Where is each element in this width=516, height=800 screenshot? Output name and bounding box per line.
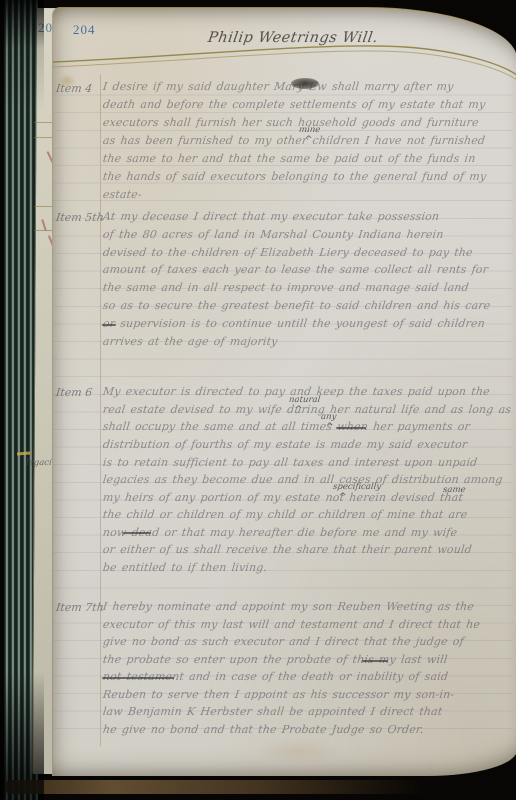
handwritten-line: of the 80 acres of land in Marshal Count… <box>102 228 444 242</box>
handwritten-line: the same and in all respect to improve a… <box>102 281 470 295</box>
strikethrough-mark <box>336 427 366 429</box>
handwritten-line: I desire if my said daughter Mary Ew sha… <box>102 80 454 94</box>
caret-mark: ^ <box>295 405 303 415</box>
handwritten-line: devised to the children of Elizabeth Lie… <box>102 246 474 260</box>
handwritten-line: law Benjamin K Herbster shall be appoint… <box>102 705 443 719</box>
inserted-word: mine <box>298 125 320 135</box>
ink-blot <box>291 78 319 89</box>
handwritten-line: the probate so enter upon the probate of… <box>102 653 448 667</box>
item-label: Item 5th <box>55 211 104 224</box>
inserted-word: natural <box>288 395 320 405</box>
handwritten-line: be entitled to if then living. <box>102 561 268 575</box>
item-label: Item 4 <box>55 82 93 95</box>
handwritten-line: I hereby nominate and appoint my son Reu… <box>102 600 475 614</box>
handwritten-line: the child or children of my child or chi… <box>102 508 468 522</box>
handwritten-line: as has been furnished to my other childr… <box>102 134 486 148</box>
handwritten-line: executors shall furnish her such househo… <box>102 116 479 130</box>
inserted-word: same <box>442 485 466 495</box>
handwritten-line: At my decease I direct that my executor … <box>102 210 440 224</box>
strikethrough-mark <box>123 532 151 534</box>
handwritten-line: real estate devised to my wife during he… <box>102 403 516 417</box>
page-number: 204 <box>73 22 96 38</box>
caret-mark: ^ <box>339 492 347 502</box>
margin-line <box>100 74 101 746</box>
caret-mark: ^ <box>305 135 313 145</box>
handwritten-line: the hands of said executors belonging to… <box>102 170 487 184</box>
strikethrough-mark <box>102 677 174 679</box>
handwritten-line: distribution of fourths of my estate is … <box>102 438 468 452</box>
inserted-word: specifically <box>332 482 381 492</box>
handwritten-line: or either of us shall receive the share … <box>102 543 473 557</box>
item-label: Item 6 <box>55 386 93 399</box>
paper-stain <box>253 738 343 764</box>
book-cover-bottom-edge <box>6 780 426 794</box>
caret-mark: ^ <box>326 422 334 432</box>
handwritten-line: now dead or that may hereafter die befor… <box>102 526 458 540</box>
handwritten-line: give no bond as such executor and I dire… <box>102 635 465 649</box>
handwritten-line: executor of this my last will and testam… <box>102 618 481 632</box>
record-book-photo: 20 legacies & 204 Philip Weetrings Will.… <box>0 0 516 800</box>
inserted-word: any <box>320 412 336 422</box>
handwritten-line: Reuben to serve then I appoint as his su… <box>102 688 455 702</box>
page-number-partial: 20 <box>38 20 53 36</box>
handwritten-line: is to retain sufficient to pay all taxes… <box>102 456 478 470</box>
handwritten-line: so as to secure the greatest benefit to … <box>102 299 491 313</box>
strikethrough-mark <box>102 324 116 326</box>
item-label: Item 7th <box>55 601 104 614</box>
strikethrough-mark <box>362 660 388 662</box>
handwritten-line: the same to her and that the same be pai… <box>102 152 476 166</box>
will-record-page: 204 Philip Weetrings Will. Item 4 I desi… <box>52 7 516 776</box>
handwritten-line: amount of taxes each year to lease the s… <box>102 263 489 277</box>
handwritten-line: arrives at the age of majority <box>102 335 278 349</box>
handwritten-line: or supervision is to continue untill the… <box>102 317 486 331</box>
handwritten-line: he give no bond and that the Probate Jud… <box>102 723 425 737</box>
handwritten-line: my heirs of any portion of my estate not… <box>102 491 464 505</box>
handwritten-line: estate- <box>102 188 143 202</box>
handwritten-line: death and before the complete settlement… <box>102 98 486 112</box>
will-title: Philip Weetrings Will. <box>162 30 425 46</box>
handwritten-line: shall occupy the same and at all times w… <box>102 420 471 434</box>
